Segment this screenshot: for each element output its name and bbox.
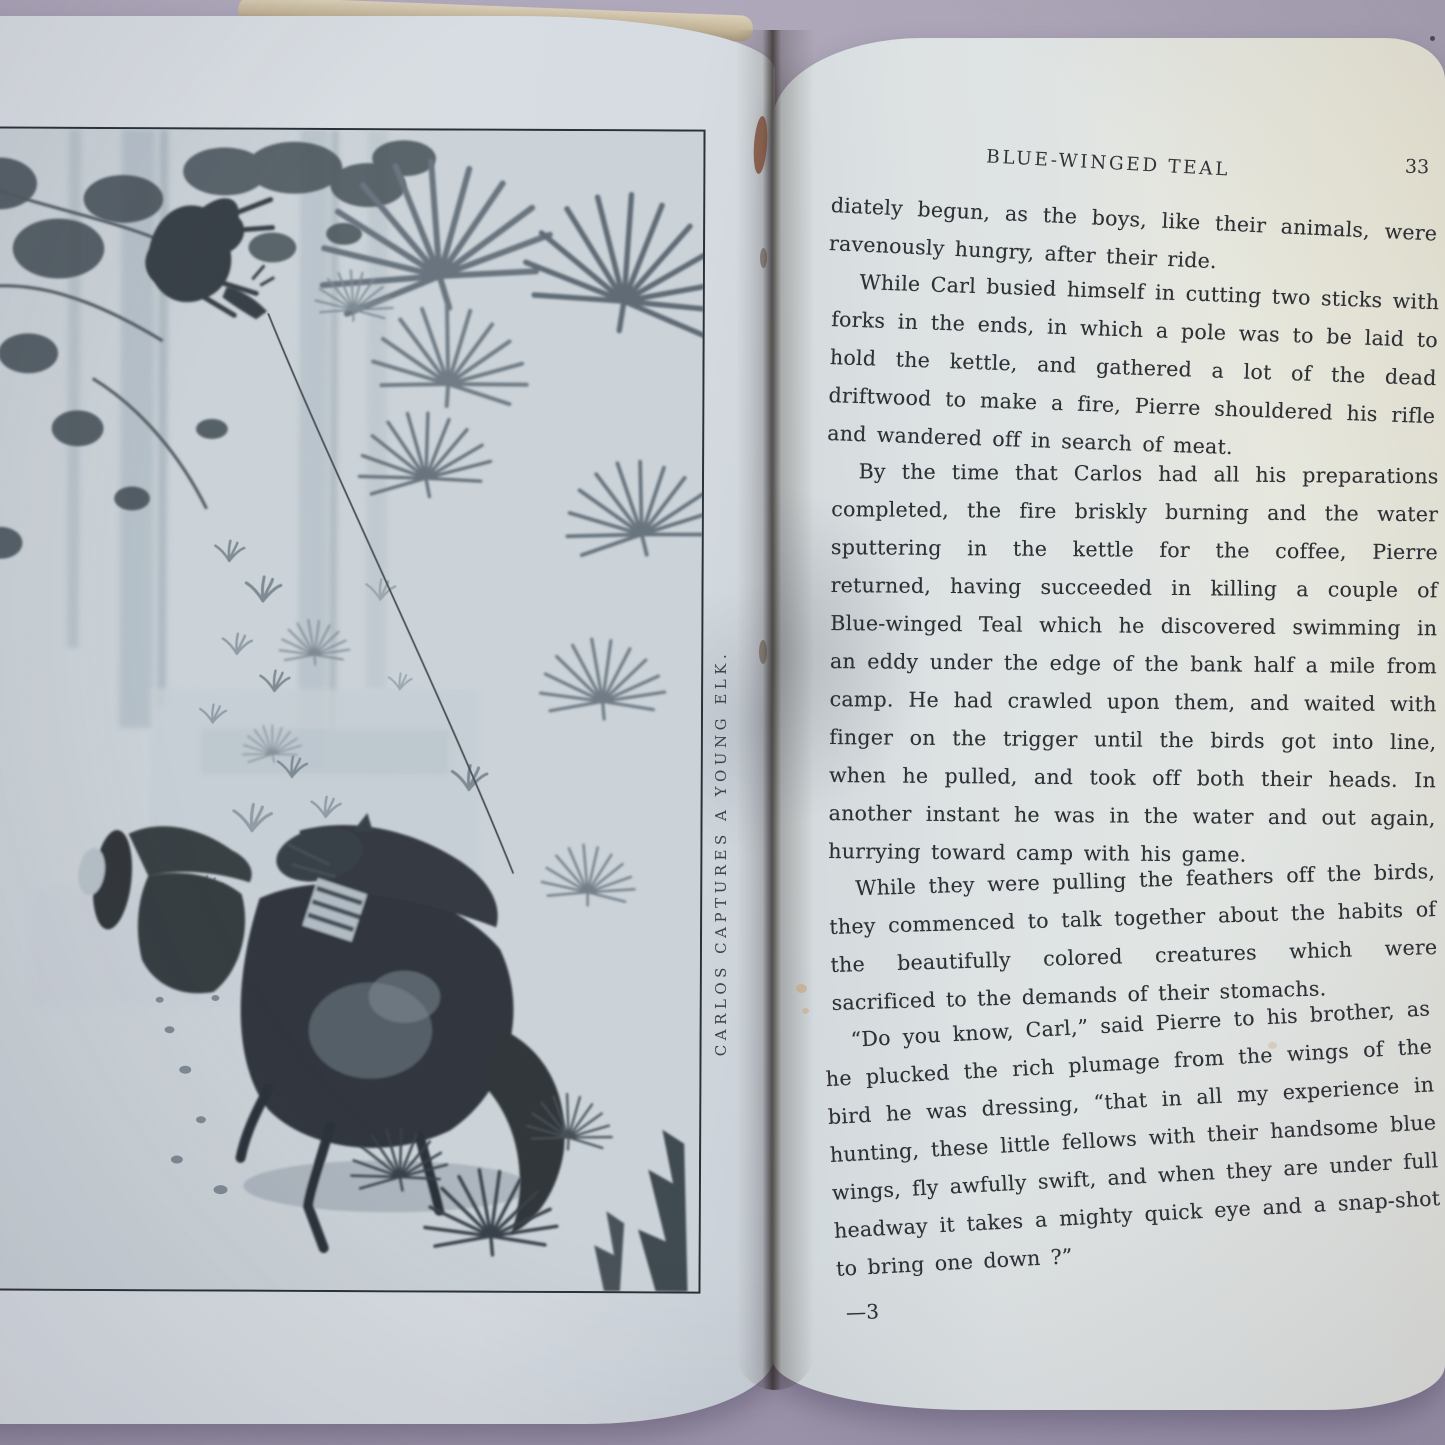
body-paragraph: By the time that Carlos had all his prep…: [828, 452, 1439, 875]
photo-of-open-book: CARLOS CAPTURES A YOUNG ELK. BLUE-WINGED…: [0, 0, 1445, 1445]
left-page: CARLOS CAPTURES A YOUNG ELK.: [0, 16, 775, 1424]
right-page: BLUE-WINGED TEAL 33 diately begun, as th…: [772, 38, 1445, 1410]
illustration-frame: [0, 126, 706, 1293]
book-gutter: [736, 30, 814, 1390]
running-header: BLUE-WINGED TEAL: [831, 138, 1384, 189]
plate-haze: [0, 128, 704, 1291]
body-paragraph: While Carl busied himself in cutting two…: [827, 262, 1440, 473]
foxing-spot: [1268, 1042, 1277, 1049]
binding-glue-spot: [759, 640, 767, 664]
illustration-caption: CARLOS CAPTURES A YOUNG ELK.: [712, 541, 738, 1165]
body-paragraph: “Do you know, Carl,” said Pierre to his …: [823, 989, 1443, 1287]
body-text: diately begun, as the boys, like their a…: [830, 186, 1437, 1332]
foxing-spot: [802, 1008, 809, 1014]
dust-speck: [1430, 36, 1435, 41]
foxing-spot: [796, 984, 807, 993]
open-book: CARLOS CAPTURES A YOUNG ELK. BLUE-WINGED…: [0, 0, 1445, 1445]
page-number: 33: [1404, 156, 1429, 179]
elk-capture-illustration: [0, 128, 704, 1291]
binding-glue-spot: [760, 248, 767, 268]
